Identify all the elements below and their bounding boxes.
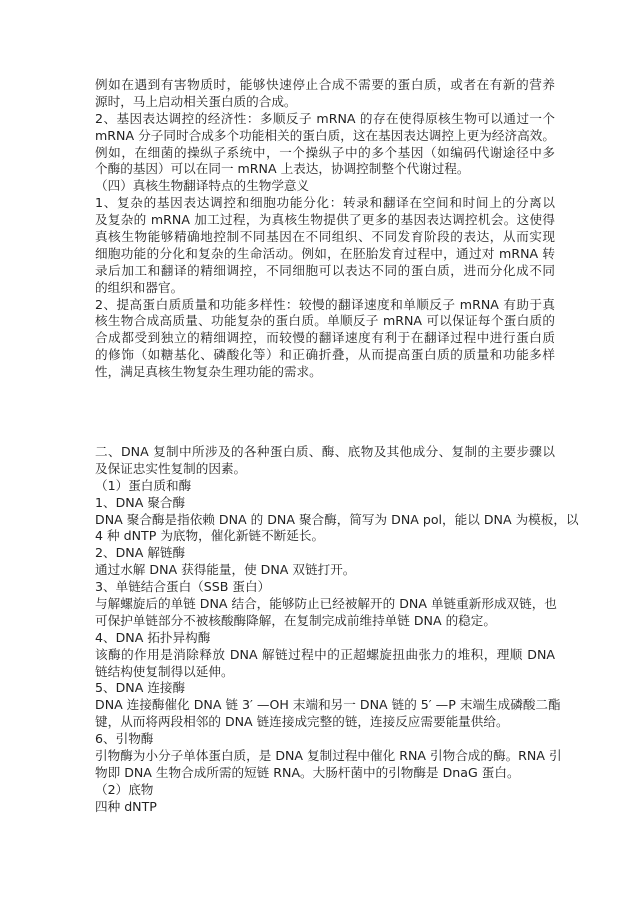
text-line-dntp: 四种 dNTP — [95, 799, 555, 816]
item-heading-dna-helicase: 2、DNA 解链酶 — [95, 545, 555, 562]
text-line: 引物酶为小分子单体蛋白质，是 DNA 复制过程中催化 RNA 引物合成的酶。RN… — [95, 748, 555, 765]
text-line: 性，满足真核生物复杂生理功能的需求。 — [95, 364, 555, 381]
text-line: 可保护单链部分不被核酸酶降解，在复制完成前维持单链 DNA 的稳定。 — [95, 613, 555, 630]
text-line: 录后加工和翻译的精细调控，不同细胞可以表达不同的蛋白质，进而分化成不同 — [95, 263, 555, 280]
text-line: 物即 DNA 生物合成所需的短链 RNA。大肠杆菌中的引物酶是 DnaG 蛋白。 — [95, 765, 555, 782]
text-line: 细胞功能的分化和复杂的生命活动。例如，在胚胎发育过程中，通过对 mRNA 转 — [95, 246, 555, 263]
item-heading-primase: 6、引物酶 — [95, 731, 555, 748]
text-line: 该酶的作用是消除释放 DNA 解链过程中的正超螺旋扭曲张力的堆积，理顺 DNA — [95, 647, 555, 664]
text-line: 源时，马上启动相关蛋白质的合成。 — [95, 94, 555, 111]
text-line: 真核生物能够精确地控制不同基因在不同组织、不同发育阶段的表达，从而实现 — [95, 229, 555, 246]
text-line: 4 种 dNTP 为底物，催化新链不断延长。 — [95, 528, 555, 545]
item-heading-dna-polymerase: 1、DNA 聚合酶 — [95, 495, 555, 512]
text-line: 的修饰（如糖基化、磷酸化等）和正确折叠，从而提高蛋白质的质量和功能多样 — [95, 347, 555, 364]
text-line: 核生物合成高质量、功能复杂的蛋白质。单顺反子 mRNA 可以保证每个蛋白质的 — [95, 313, 555, 330]
item-heading-dna-ligase: 5、DNA 连接酶 — [95, 680, 555, 697]
subheading-substrates: （2）底物 — [95, 782, 555, 799]
text-line: 合成都受到独立的精细调控，而较慢的翻译速度有利于在翻译过程中进行蛋白质 — [95, 330, 555, 347]
text-line: 通过水解 DNA 获得能量，使 DNA 双链打开。 — [95, 562, 555, 579]
section-dna-replication: 二、DNA 复制中所涉及的各种蛋白质、酶、底物及其他成分、复制的主要步骤以 及保… — [95, 444, 555, 816]
text-line: 的组织和器官。 — [95, 280, 555, 297]
section-translation-regulation: 例如在遇到有害物质时，能够快速停止合成不需要的蛋白质，或者在有新的营养 源时，马… — [95, 77, 555, 381]
text-line: 例如在遇到有害物质时，能够快速停止合成不需要的蛋白质，或者在有新的营养 — [95, 77, 555, 94]
text-line: mRNA 分子同时合成多个功能相关的蛋白质，这在基因表达调控上更为经济高效。 — [95, 128, 555, 145]
document-page: 例如在遇到有害物质时，能够快速停止合成不需要的蛋白质，或者在有新的营养 源时，马… — [0, 0, 640, 905]
subheading-proteins-enzymes: （1）蛋白质和酶 — [95, 478, 555, 495]
heading-section-two-continued: 及保证忠实性复制的因素。 — [95, 461, 555, 478]
text-line: 2、提高蛋白质质量和功能多样性：较慢的翻译速度和单顺反子 mRNA 有助于真 — [95, 297, 555, 314]
text-line: 例如，在细菌的操纵子系统中，一个操纵子中的多个基因（如编码代谢途径中多 — [95, 145, 555, 162]
heading-section-two: 二、DNA 复制中所涉及的各种蛋白质、酶、底物及其他成分、复制的主要步骤以 — [95, 444, 555, 461]
text-line: 及复杂的 mRNA 加工过程，为真核生物提供了更多的基因表达调控机会。这使得 — [95, 212, 555, 229]
text-line: 2、基因表达调控的经济性：多顺反子 mRNA 的存在使得原核生物可以通过一个 — [95, 111, 555, 128]
text-line: 键，从而将两段相邻的 DNA 链连接成完整的链，连接反应需要能量供给。 — [95, 714, 555, 731]
heading-section-four: （四）真核生物翻译特点的生物学意义 — [95, 178, 555, 195]
text-line: 与解螺旋后的单链 DNA 结合，能够防止已经被解开的 DNA 单链重新形成双链，… — [95, 596, 555, 613]
text-line: DNA 聚合酶是指依赖 DNA 的 DNA 聚合酶，简写为 DNA pol，能以… — [95, 512, 555, 529]
text-line: 个酶的基因）可以在同一 mRNA 上表达，协调控制整个代谢过程。 — [95, 161, 555, 178]
text-line: DNA 连接酶催化 DNA 链 3′ —OH 末端和另一 DNA 链的 5′ —… — [95, 697, 555, 714]
text-line: 1、复杂的基因表达调控和细胞功能分化：转录和翻译在空间和时间上的分离以 — [95, 195, 555, 212]
item-heading-topoisomerase: 4、DNA 拓扑异构酶 — [95, 630, 555, 647]
text-line: 链结构使复制得以延伸。 — [95, 664, 555, 681]
item-heading-ssb-protein: 3、单链结合蛋白（SSB 蛋白） — [95, 579, 555, 596]
